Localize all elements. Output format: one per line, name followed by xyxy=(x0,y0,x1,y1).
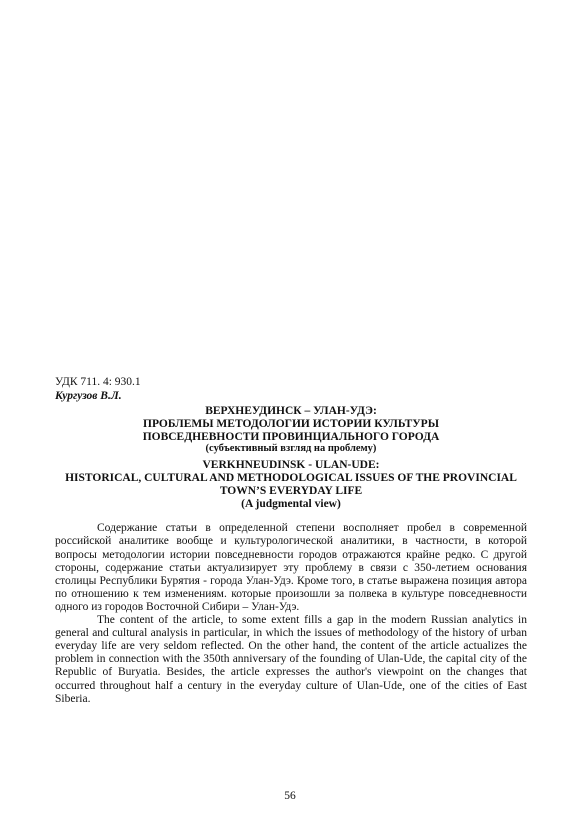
document-page: УДК 711. 4: 930.1 Кургузов В.Л. ВЕРХНЕУД… xyxy=(55,376,527,706)
title-en-line: TOWN’S EVERYDAY LIFE xyxy=(55,485,527,498)
title-ru-line: ПРОБЛЕМЫ МЕТОДОЛОГИИ ИСТОРИИ КУЛЬТУРЫ xyxy=(55,418,527,431)
title-english: VERKHNEUDINSK - ULAN-UDE: HISTORICAL, CU… xyxy=(55,459,527,510)
title-en-line: VERKHNEUDINSK - ULAN-UDE: xyxy=(55,459,527,472)
title-ru-line: ВЕРХНЕУДИНСК – УЛАН-УДЭ: xyxy=(55,405,527,418)
abstract: Содержание статьи в определенной степени… xyxy=(55,522,527,705)
author-name: Кургузов В.Л. xyxy=(55,389,527,403)
abstract-english: The content of the article, to some exte… xyxy=(55,614,527,706)
title-en-line: HISTORICAL, CULTURAL AND METHODOLOGICAL … xyxy=(55,472,527,485)
subtitle-en: (A judgmental view) xyxy=(55,498,527,511)
title-ru-line: ПОВСЕДНЕВНОСТИ ПРОВИНЦИАЛЬНОГО ГОРОДА xyxy=(55,431,527,444)
udk-code: УДК 711. 4: 930.1 xyxy=(55,376,527,389)
subtitle-ru: (субъективный взгляд на проблему) xyxy=(55,443,527,456)
abstract-russian: Содержание статьи в определенной степени… xyxy=(55,522,527,614)
title-russian: ВЕРХНЕУДИНСК – УЛАН-УДЭ: ПРОБЛЕМЫ МЕТОДО… xyxy=(55,405,527,456)
page-number: 56 xyxy=(0,790,580,802)
